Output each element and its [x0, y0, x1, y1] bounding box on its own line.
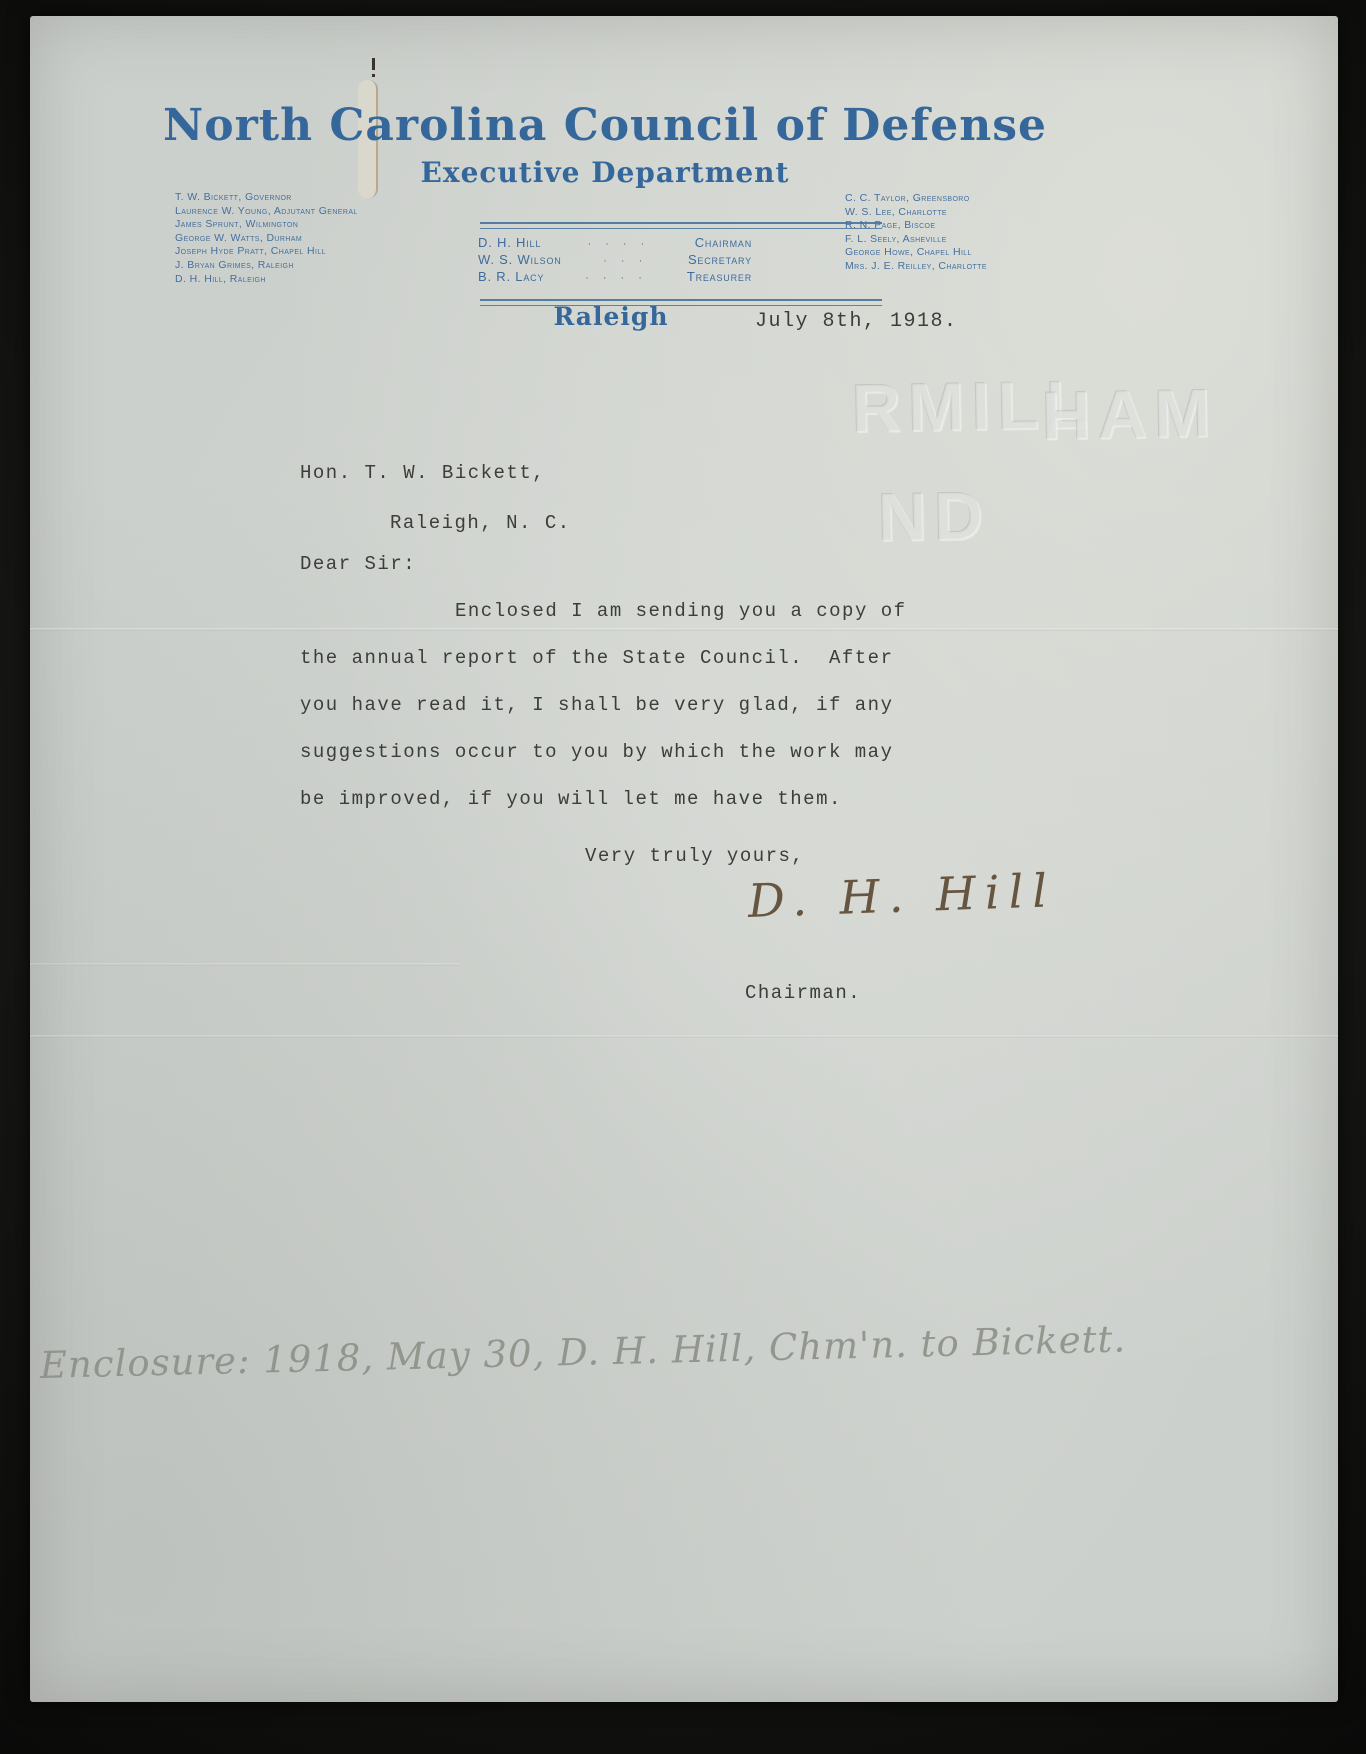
officer-role: Treasurer: [687, 269, 752, 284]
photographed-letter-page: { "letterhead": { "title": "North Caroli…: [0, 0, 1366, 1754]
watermark-fragment-rmill: RMILL: [851, 366, 1095, 448]
fold-crease: [30, 963, 460, 966]
officer-name: D. H. Hill: [478, 235, 541, 250]
enclosure-pencil-note: Enclosure: 1918, May 30, D. H. Hill, Chm…: [39, 1318, 1120, 1387]
officer-role: Secretary: [688, 252, 752, 267]
fold-crease: [30, 628, 1338, 631]
officer-row: W. S. Wilson ··· Secretary: [478, 252, 752, 269]
member-line: J. Bryan Grimes, Raleigh: [175, 259, 358, 273]
member-line: George Howe, Chapel Hill: [845, 246, 987, 260]
ink-speck: [372, 58, 375, 70]
letterhead-officers: D. H. Hill ···· Chairman W. S. Wilson ··…: [478, 235, 752, 286]
member-line: George W. Watts, Durham: [175, 232, 358, 246]
dot-leader: ····: [544, 272, 687, 284]
letterhead-left-members: T. W. Bickett, Governor Laurence W. Youn…: [175, 191, 358, 286]
dot-leader: ····: [541, 238, 695, 250]
officer-row: D. H. Hill ···· Chairman: [478, 235, 752, 252]
letter-sheet: RMILL HAM ND North Carolina Council of D…: [30, 16, 1338, 1702]
officer-role: Chairman: [695, 235, 752, 250]
recipient-address-line: Raleigh, N. C.: [390, 512, 571, 534]
letterhead-place: Raleigh: [480, 302, 742, 331]
letterhead-right-members: C. C. Taylor, Greensboro W. S. Lee, Char…: [845, 192, 987, 274]
body-line: Enclosed I am sending you a copy of: [455, 600, 907, 622]
dot-leader: ···: [562, 255, 688, 267]
body-line: the annual report of the State Council. …: [300, 647, 894, 669]
closing-line: Very truly yours,: [585, 845, 804, 867]
date-line: July 8th, 1918.: [755, 310, 958, 333]
officer-name: W. S. Wilson: [478, 252, 562, 267]
letterhead-title: North Carolina Council of Defense: [30, 100, 1180, 151]
member-line: Joseph Hyde Pratt, Chapel Hill: [175, 245, 358, 259]
member-line: C. C. Taylor, Greensboro: [845, 192, 987, 206]
fold-crease: [30, 1035, 1338, 1038]
divider-rule-top: [480, 222, 882, 229]
recipient-name-line: Hon. T. W. Bickett,: [300, 462, 545, 484]
signer-title: Chairman.: [745, 982, 861, 1004]
body-line: suggestions occur to you by which the wo…: [300, 741, 894, 763]
member-line: D. H. Hill, Raleigh: [175, 273, 358, 287]
member-line: Mrs. J. E. Reilley, Charlotte: [845, 260, 987, 274]
officer-name: B. R. Lacy: [478, 269, 544, 284]
salutation: Dear Sir:: [300, 553, 416, 575]
watermark-fragment-nd: ND: [877, 477, 991, 557]
member-line: T. W. Bickett, Governor: [175, 191, 358, 205]
watermark-fragment-ham: HAM: [1041, 374, 1218, 455]
member-line: James Sprunt, Wilmington: [175, 218, 358, 232]
member-line: F. L. Seely, Asheville: [845, 233, 987, 247]
member-line: Laurence W. Young, Adjutant General: [175, 205, 358, 219]
member-line: R. N. Page, Biscoe: [845, 219, 987, 233]
member-line: W. S. Lee, Charlotte: [845, 206, 987, 220]
officer-row: B. R. Lacy ···· Treasurer: [478, 269, 752, 286]
body-line: you have read it, I shall be very glad, …: [300, 694, 894, 716]
body-line: be improved, if you will let me have the…: [300, 788, 842, 810]
letterhead-subtitle: Executive Department: [30, 156, 1180, 189]
signature-handwriting: D. H. Hill: [747, 863, 1057, 928]
